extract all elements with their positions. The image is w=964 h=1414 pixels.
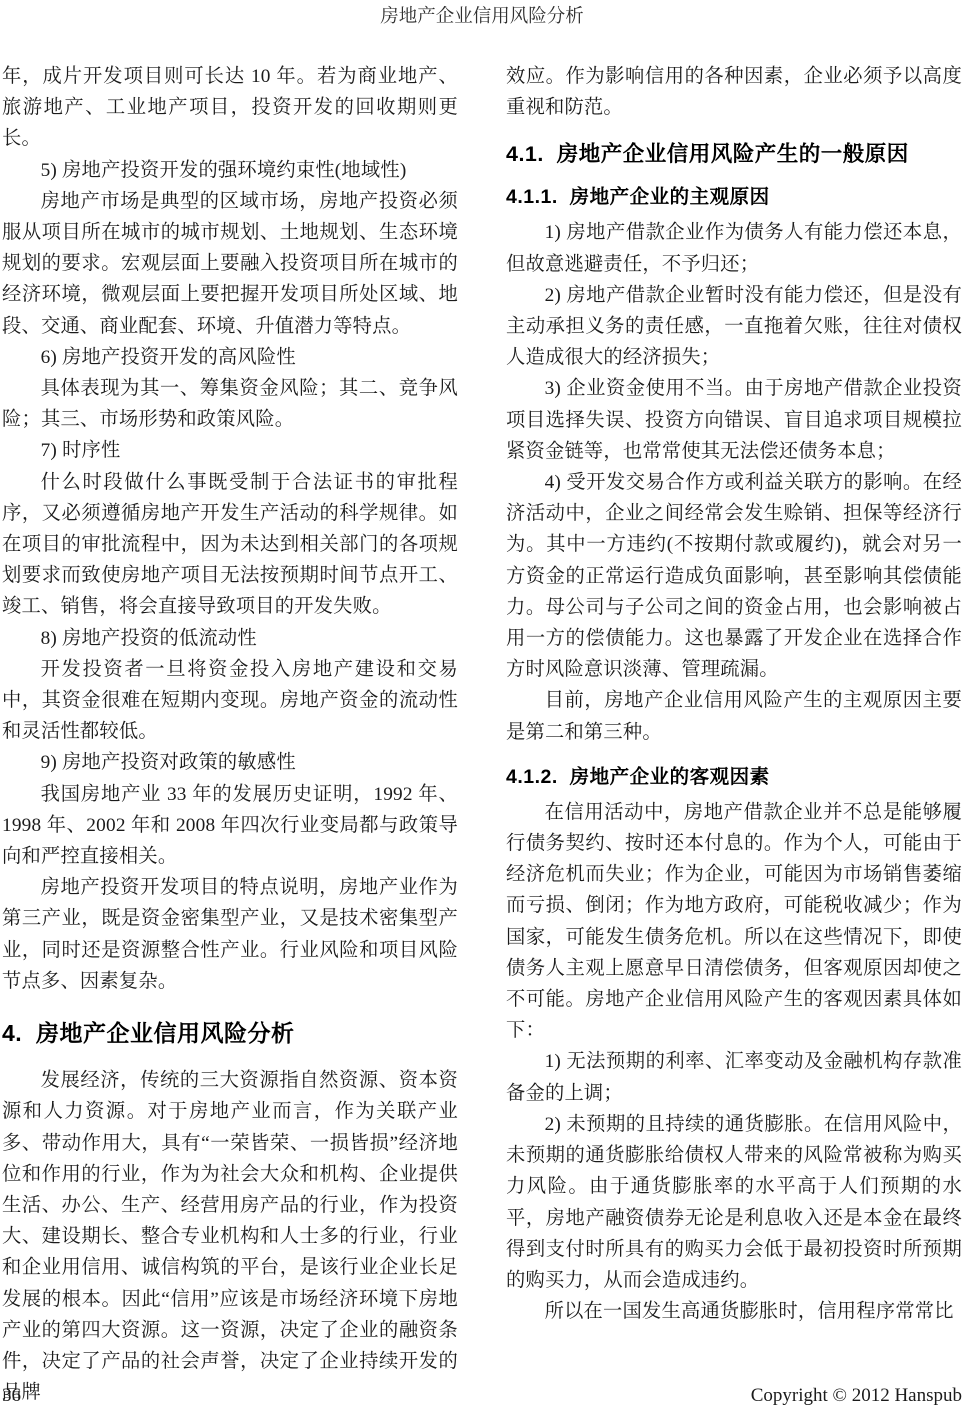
- paragraph: 1) 无法预期的利率、汇率变动及金融机构存款准备金的上调；: [506, 1046, 962, 1108]
- paragraph: 6) 房地产投资开发的高风险性: [2, 342, 458, 373]
- paragraph: 4) 受开发交易合作方或利益关联方的影响。在经济活动中，企业之间经常会发生赊销、…: [506, 467, 962, 685]
- paragraph: 所以在一国发生高通货膨胀时，信用程序常常比: [506, 1296, 962, 1327]
- paragraph: 7) 时序性: [2, 435, 458, 466]
- paper-page: 房地产企业信用风险分析 年，成片开发项目则可长达 10 年。若为商业地产、旅游地…: [0, 0, 964, 1414]
- paragraph-continued: 效应。作为影响信用的各种因素，企业必须予以高度重视和防范。: [506, 61, 962, 123]
- paragraph: 房地产市场是典型的区域市场，房地产投资必须服从项目所在城市的城市规划、土地规划、…: [2, 186, 458, 342]
- paragraph: 2) 未预期的且持续的通货膨胀。在信用风险中，未预期的通货膨胀给债权人带来的风险…: [506, 1109, 962, 1296]
- paragraph-continued: 年，成片开发项目则可长达 10 年。若为商业地产、旅游地产、工业地产项目，投资开…: [2, 61, 458, 155]
- right-column: 效应。作为影响信用的各种因素，企业必须予以高度重视和防范。4.1. 房地产企业信…: [506, 61, 962, 1327]
- paragraph: 我国房地产业 33 年的发展历史证明，1992 年、1998 年、2002 年和…: [2, 779, 458, 873]
- paragraph: 9) 房地产投资对政策的敏感性: [2, 747, 458, 778]
- page-footer: 36 Copyright © 2012 Hanspub: [2, 1383, 962, 1409]
- paragraph: 开发投资者一旦将资金投入房地产建设和交易中，其资金很难在短期内变现。房地产资金的…: [2, 654, 458, 748]
- subsection-heading: 4.1. 房地产企业信用风险产生的一般原因: [506, 140, 962, 168]
- copyright-notice: Copyright © 2012 Hanspub: [751, 1383, 962, 1409]
- paragraph: 房地产投资开发项目的特点说明，房地产业作为第三产业，既是资金密集型产业，又是技术…: [2, 872, 458, 997]
- paragraph: 8) 房地产投资的低流动性: [2, 623, 458, 654]
- paragraph: 发展经济，传统的三大资源指自然资源、资本资源和人力资源。对于房地产业而言，作为关…: [2, 1065, 458, 1408]
- page-number: 36: [2, 1383, 21, 1409]
- paragraph: 5) 房地产投资开发的强环境约束性(地域性): [2, 155, 458, 186]
- paragraph: 2) 房地产借款企业暂时没有能力偿还，但是没有主动承担义务的责任感，一直拖着欠账…: [506, 280, 962, 374]
- paragraph: 在信用活动中，房地产借款企业并不总是能够履行债务契约、按时还本付息的。作为个人，…: [506, 797, 962, 1047]
- running-head-title: 房地产企业信用风险分析: [0, 4, 964, 30]
- section-heading: 4. 房地产企业信用风险分析: [2, 1018, 458, 1048]
- subsubsection-heading: 4.1.1. 房地产企业的主观原因: [506, 184, 962, 210]
- subsubsection-heading: 4.1.2. 房地产企业的客观因素: [506, 764, 962, 790]
- left-column: 年，成片开发项目则可长达 10 年。若为商业地产、旅游地产、工业地产项目，投资开…: [2, 61, 458, 1408]
- paragraph: 目前，房地产企业信用风险产生的主观原因主要是第二和第三种。: [506, 685, 962, 747]
- paragraph: 什么时段做什么事既受制于合法证书的审批程序，又必须遵循房地产开发生产活动的科学规…: [2, 467, 458, 623]
- paragraph: 1) 房地产借款企业作为债务人有能力偿还本息，但故意逃避责任，不予归还；: [506, 217, 962, 279]
- paragraph: 3) 企业资金使用不当。由于房地产借款企业投资项目选择失误、投资方向错误、盲目追…: [506, 373, 962, 467]
- paragraph: 具体表现为其一、筹集资金风险；其二、竞争风险；其三、市场形势和政策风险。: [2, 373, 458, 435]
